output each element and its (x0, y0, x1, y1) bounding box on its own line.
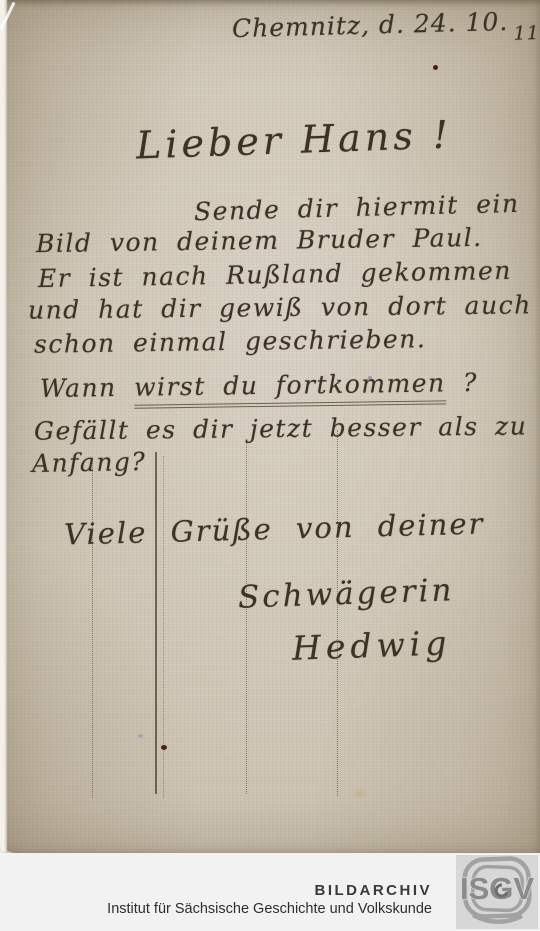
institute-name: Institut für Sächsische Geschichte und V… (107, 901, 432, 917)
body-line: Anfang? (32, 447, 147, 478)
archive-footer: BILDARCHIV Institut für Sächsische Gesch… (0, 853, 540, 931)
ink-speck (368, 376, 372, 380)
divider-line-dotted (337, 430, 338, 796)
closing-relation: Schwägerin (237, 572, 455, 616)
question-mark: ? (445, 368, 478, 397)
body-line: Gefällt es dir jetzt besser als zu (34, 411, 528, 445)
archive-name: BILDARCHIV (315, 882, 433, 899)
ink-speck (138, 734, 143, 738)
underlined-question: Wann wirst du fortkommen ? (40, 368, 478, 403)
body-line: Bild von deinem Bruder Paul. (36, 223, 483, 258)
body-line: schon einmal geschrieben. (34, 324, 427, 358)
date-year: 11- (513, 22, 540, 45)
body-line: und hat dir gewiß von dort auch (28, 290, 532, 324)
body-line: Er ist nach Rußland gekommen (38, 256, 512, 293)
divider-line-solid (155, 452, 157, 794)
date-place: Chemnitz, d. 24. 10. (232, 7, 509, 43)
date-line: Chemnitz, d. 24. 10.11- (232, 6, 540, 43)
body-line: Sende dir hiermit ein (194, 189, 520, 227)
signature: Hedwig (291, 623, 452, 668)
paper-stain (352, 788, 368, 800)
ink-speck (161, 745, 167, 750)
divider-line-dotted (92, 458, 93, 798)
question-prefix: Wann (40, 373, 134, 403)
salutation: Lieber Hans ! (135, 112, 452, 167)
ink-speck (433, 65, 438, 70)
question-underlined: wirst du fortkommen (134, 368, 446, 408)
divider-line-dotted (246, 442, 247, 794)
closing-greeting: Viele Grüße von deiner (64, 507, 485, 552)
isgv-logo: ISGV (456, 855, 538, 929)
scan-edge (0, 0, 8, 853)
postcard-scan: Chemnitz, d. 24. 10.11- Lieber Hans ! Se… (0, 0, 540, 853)
